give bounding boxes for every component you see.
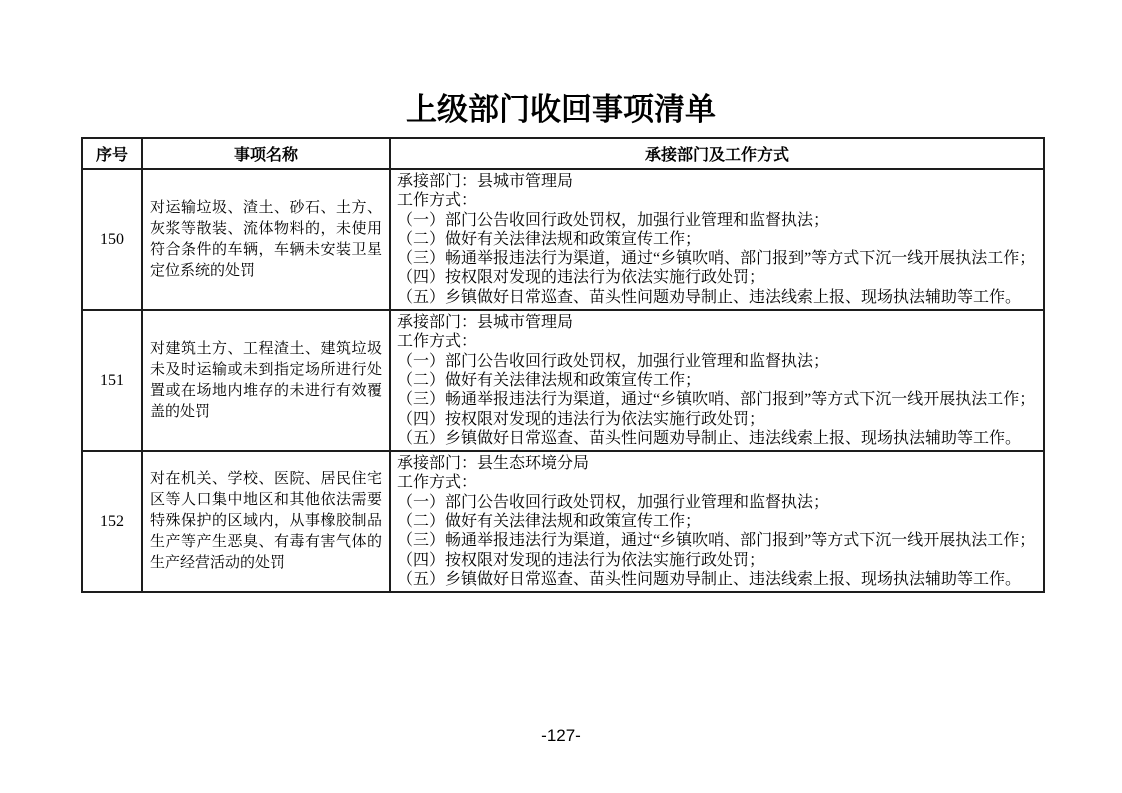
- department-method-cell: 承接部门：县生态环境分局 工作方式： （一）部门公告收回行政处罚权，加强行业管理…: [390, 451, 1044, 592]
- row-serial-number: 150: [82, 169, 142, 310]
- method-item-1: （一）部门公告收回行政处罚权，加强行业管理和监督执法；: [397, 493, 1036, 512]
- method-item-4: （四）按权限对发现的违法行为依法实施行政处罚；: [397, 551, 1036, 570]
- table-header-row: 序号 事项名称 承接部门及工作方式: [82, 138, 1044, 169]
- department-line: 承接部门：县城市管理局: [397, 313, 1036, 332]
- method-item-4: （四）按权限对发现的违法行为依法实施行政处罚；: [397, 410, 1036, 429]
- method-item-4: （四）按权限对发现的违法行为依法实施行政处罚；: [397, 268, 1036, 287]
- item-name-cell: 对建筑土方、工程渣土、建筑垃圾未及时运输或未到指定场所进行处置或在场地内堆存的未…: [142, 310, 390, 451]
- method-item-2: （二）做好有关法律法规和政策宣传工作；: [397, 230, 1036, 249]
- row-serial-number: 152: [82, 451, 142, 592]
- page-number: -127-: [0, 726, 1122, 746]
- col-header-item-name: 事项名称: [142, 138, 390, 169]
- department-method-cell: 承接部门：县城市管理局 工作方式： （一）部门公告收回行政处罚权，加强行业管理和…: [390, 310, 1044, 451]
- department-method-cell: 承接部门：县城市管理局 工作方式： （一）部门公告收回行政处罚权，加强行业管理和…: [390, 169, 1044, 310]
- item-name-cell: 对运输垃圾、渣土、砂石、土方、灰浆等散装、流体物料的，未使用符合条件的车辆，车辆…: [142, 169, 390, 310]
- row-serial-number: 151: [82, 310, 142, 451]
- table-row: 150 对运输垃圾、渣土、砂石、土方、灰浆等散装、流体物料的，未使用符合条件的车…: [82, 169, 1044, 310]
- method-item-5: （五）乡镇做好日常巡查、苗头性问题劝导制止、违法线索上报、现场执法辅助等工作。: [397, 288, 1036, 307]
- document-page: 上级部门收回事项清单 序号 事项名称 承接部门及工作方式 150 对运输垃圾、渣…: [0, 0, 1122, 793]
- table-row: 151 对建筑土方、工程渣土、建筑垃圾未及时运输或未到指定场所进行处置或在场地内…: [82, 310, 1044, 451]
- method-item-1: （一）部门公告收回行政处罚权，加强行业管理和监督执法；: [397, 211, 1036, 230]
- method-item-3: （三）畅通举报违法行为渠道，通过“乡镇吹哨、部门报到”等方式下沉一线开展执法工作…: [397, 390, 1036, 409]
- method-label: 工作方式：: [397, 191, 1036, 210]
- method-item-2: （二）做好有关法律法规和政策宣传工作；: [397, 371, 1036, 390]
- method-item-3: （三）畅通举报违法行为渠道，通过“乡镇吹哨、部门报到”等方式下沉一线开展执法工作…: [397, 249, 1036, 268]
- method-label: 工作方式：: [397, 473, 1036, 492]
- department-line: 承接部门：县城市管理局: [397, 172, 1036, 191]
- method-item-3: （三）畅通举报违法行为渠道，通过“乡镇吹哨、部门报到”等方式下沉一线开展执法工作…: [397, 531, 1036, 550]
- method-item-2: （二）做好有关法律法规和政策宣传工作；: [397, 512, 1036, 531]
- item-name-cell: 对在机关、学校、医院、居民住宅区等人口集中地区和其他依法需要特殊保护的区域内，从…: [142, 451, 390, 592]
- col-header-serial: 序号: [82, 138, 142, 169]
- method-label: 工作方式：: [397, 332, 1036, 351]
- method-item-5: （五）乡镇做好日常巡查、苗头性问题劝导制止、违法线索上报、现场执法辅助等工作。: [397, 570, 1036, 589]
- recall-items-table: 序号 事项名称 承接部门及工作方式 150 对运输垃圾、渣土、砂石、土方、灰浆等…: [81, 137, 1045, 593]
- method-item-1: （一）部门公告收回行政处罚权，加强行业管理和监督执法；: [397, 352, 1036, 371]
- page-title: 上级部门收回事项清单: [0, 93, 1122, 127]
- department-line: 承接部门：县生态环境分局: [397, 454, 1036, 473]
- table-row: 152 对在机关、学校、医院、居民住宅区等人口集中地区和其他依法需要特殊保护的区…: [82, 451, 1044, 592]
- method-item-5: （五）乡镇做好日常巡查、苗头性问题劝导制止、违法线索上报、现场执法辅助等工作。: [397, 429, 1036, 448]
- col-header-department-method: 承接部门及工作方式: [390, 138, 1044, 169]
